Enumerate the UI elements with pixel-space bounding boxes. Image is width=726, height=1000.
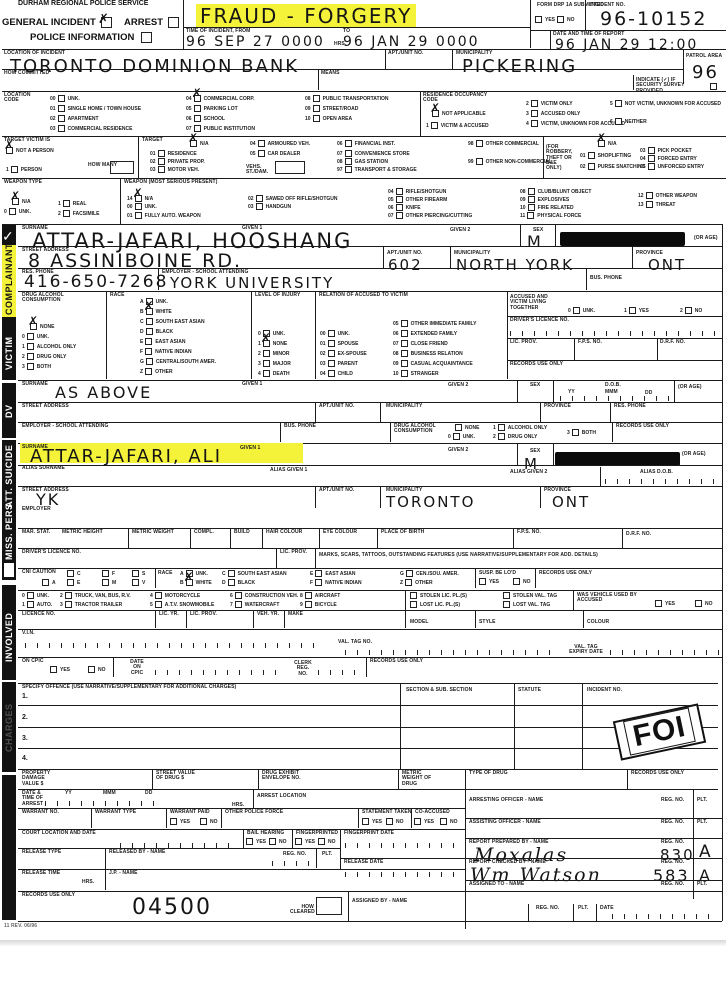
option-label: UNK. [338, 331, 350, 337]
weapon-option-01[interactable]: 01FULLY AUTO. WEAPON [127, 212, 201, 220]
weapon-type-option-1[interactable]: 1REAL [58, 200, 86, 208]
complainant-municipality: NORTH YORK [456, 256, 574, 274]
injury-option-3[interactable]: 3MAJOR [258, 360, 291, 368]
checkbox-icon[interactable] [135, 203, 142, 210]
option-label: SPOUSE [338, 341, 359, 347]
location-code-option-05[interactable]: 05PARKING LOT [186, 105, 238, 113]
checkbox-icon[interactable] [63, 210, 70, 217]
lost-lic-plate[interactable]: LOST LIC. PL.(S) [410, 601, 460, 609]
checkbox-icon[interactable] [615, 100, 622, 107]
relation-option-06[interactable]: 06EXTENDED FAMILY [393, 330, 457, 338]
victim-drug-alcohol[interactable]: 1ALCOHOL ONLY [493, 424, 547, 432]
option-code: 03 [320, 360, 326, 368]
race-option-z[interactable]: ZOTHER [140, 368, 173, 376]
vehicle-type-option-1[interactable]: 1AUTO. [22, 601, 52, 609]
checkbox-icon[interactable] [648, 147, 655, 154]
weapon-option-02[interactable]: 02SAWED OFF RIFLE/SHOTGUN [248, 195, 338, 203]
checkbox-icon[interactable] [401, 340, 408, 347]
checkbox-icon[interactable] [58, 105, 65, 112]
option-code: 03 [150, 166, 156, 174]
cni-caution-e[interactable]: E [67, 579, 80, 587]
checkbox-icon[interactable] [396, 196, 403, 203]
location-code-option-09[interactable]: 09STREET/ROAD [305, 105, 358, 113]
race-option-d[interactable]: DBLACK [140, 328, 173, 336]
susp-no[interactable]: NO [513, 578, 531, 586]
relation-option-00[interactable]: 00UNK. [320, 330, 350, 338]
desc-race-option-z[interactable]: ZOTHER [400, 579, 433, 587]
checkbox-icon[interactable] [155, 601, 162, 608]
checkbox-icon[interactable] [328, 360, 335, 367]
vehicle-type-option-3[interactable]: 3TRACTOR TRAILER [60, 601, 122, 609]
drug-alcohol-option-3[interactable]: 3BOTH [22, 363, 51, 371]
checkbox-icon[interactable] [615, 118, 622, 125]
checkbox-icon[interactable] [146, 308, 153, 315]
relation-option-09[interactable]: 09CASUAL ACQUAINTANCE [393, 360, 473, 368]
checkbox-icon[interactable] [315, 570, 322, 577]
relation-option-05[interactable]: 05OTHER IMMEDIATE FAMILY [393, 320, 476, 328]
checkbox-icon[interactable] [588, 152, 595, 159]
statement-yes[interactable]: YES [362, 818, 382, 826]
checkbox-icon[interactable] [401, 330, 408, 337]
target-option-01[interactable]: 01RESIDENCE [150, 150, 197, 158]
checkbox-icon[interactable] [9, 208, 16, 215]
vehicle-type-option-7[interactable]: 7WATERCRAFT [230, 601, 279, 609]
living-together-option-2[interactable]: 2NO [680, 307, 702, 315]
checkbox-icon[interactable] [135, 212, 142, 219]
checkbox-icon[interactable] [263, 370, 270, 377]
weapon-option-08[interactable]: 08CLUB/BLUNT OBJECT [520, 188, 591, 196]
checkbox-icon[interactable] [256, 203, 263, 210]
checkbox-icon[interactable] [401, 360, 408, 367]
target-option-06[interactable]: 06FINANCIAL INST. [337, 140, 395, 148]
option-label: PARKING LOT [204, 106, 238, 112]
arrest-checkbox[interactable] [168, 17, 179, 28]
option-label: SINGLE HOME / TOWN HOUSE [68, 106, 142, 112]
victim-drug-none[interactable]: NONE [455, 424, 479, 432]
option-code: 06 [337, 140, 343, 148]
option-label: EXTENDED FAMILY [411, 331, 458, 337]
relation-option-04[interactable]: 04CHILD [320, 370, 353, 378]
warrant-paid-no[interactable]: NO [200, 818, 218, 826]
checkbox-icon[interactable] [186, 579, 193, 586]
robbery-theft-option-03[interactable]: 03PICK POCKET [640, 147, 692, 155]
option-label: SCHOOL [204, 116, 225, 122]
fingerprinted-yes[interactable]: YES [295, 838, 315, 846]
checkbox-icon[interactable] [328, 340, 335, 347]
desc-race-option-f[interactable]: FNATIVE INDIAN [310, 579, 362, 587]
weapon-option-06[interactable]: 06KNIFE [388, 204, 421, 212]
residence-occupancy-option-6[interactable]: 6NEITHER [610, 118, 647, 126]
vehicle-type-option-6[interactable]: 6CONSTRUCTION VEH. [230, 592, 298, 600]
weapon-type-option-2[interactable]: 2FACSIMILE [58, 210, 99, 218]
stolen-lic-plate[interactable]: STOLEN LIC. PL.(S) [410, 592, 467, 600]
checkbox-icon[interactable] [146, 328, 153, 335]
on-cpic-yes[interactable]: YES [50, 666, 70, 674]
option-label: KNIFE [406, 205, 421, 211]
was-vehicle-no[interactable]: NO [695, 600, 713, 608]
checkbox-icon[interactable] [58, 115, 65, 122]
weapon-type-option-0[interactable]: 0UNK. [4, 208, 31, 216]
susp-yes[interactable]: YES [479, 578, 499, 586]
checkbox-icon[interactable] [27, 592, 34, 599]
target-option-03[interactable]: 03MOTOR VEH. [150, 166, 199, 174]
charge-row-2[interactable]: 2. [22, 714, 28, 722]
target-option-08[interactable]: 08GAS STATION [337, 158, 388, 166]
checkbox-icon[interactable] [685, 307, 692, 314]
option-label: PARENT [338, 361, 358, 367]
checkbox-icon[interactable] [63, 200, 70, 207]
checkbox-icon[interactable] [145, 368, 152, 375]
checkbox-icon[interactable] [235, 592, 242, 599]
checkbox-icon[interactable] [256, 195, 263, 202]
lost-val-tag[interactable]: LOST VAL. TAG [503, 601, 550, 609]
reg-no-1-label: REG. NO. [661, 798, 684, 803]
injury-option-2[interactable]: 2MINOR [258, 350, 289, 358]
desc-race-option-e[interactable]: EEAST ASIAN [310, 570, 355, 578]
checkbox-icon[interactable] [158, 158, 165, 165]
checkbox-icon[interactable] [401, 370, 408, 377]
vehicle-type-option-5[interactable]: 5A.T.V. SNOWMOBILE [150, 601, 214, 609]
residence-occupancy-option-na[interactable]: NOT APPLICABLE [432, 110, 486, 118]
fingerprinted-no[interactable]: NO [318, 838, 336, 846]
checkbox-icon[interactable] [313, 105, 320, 112]
robbery-theft-option-04[interactable]: 04FORCED ENTRY [640, 155, 697, 163]
race-option-e[interactable]: EEAST ASIAN [140, 338, 185, 346]
checkbox-icon[interactable] [629, 307, 636, 314]
weapon-option-07[interactable]: 07OTHER PIERCING/CUTTING [388, 212, 472, 220]
checkbox-icon[interactable] [67, 579, 74, 586]
jp-name-label: J.P. - NAME [109, 871, 138, 876]
checkbox-icon[interactable] [258, 150, 265, 157]
cni-caution-c[interactable]: C [67, 570, 81, 578]
checkbox-icon[interactable] [531, 100, 538, 107]
person-option[interactable]: 1PERSON [6, 166, 42, 174]
location-code-option-04[interactable]: 04COMMERCIAL CORP. [186, 95, 255, 103]
checkbox-icon[interactable] [155, 592, 162, 599]
drug-alcohol-option-0[interactable]: 0UNK. [22, 333, 49, 341]
checkbox-icon[interactable] [135, 195, 142, 202]
checkbox-icon[interactable] [531, 110, 538, 117]
desc-race-option-b[interactable]: BWHITE [180, 579, 212, 587]
checkbox-icon[interactable] [228, 579, 235, 586]
checkbox-icon[interactable] [12, 198, 19, 205]
checkbox-icon[interactable] [263, 340, 270, 347]
checkbox-icon[interactable] [401, 350, 408, 357]
checkbox-icon[interactable] [132, 579, 139, 586]
checkbox-icon[interactable] [27, 353, 34, 360]
location-code-option-10[interactable]: 10OPEN AREA [305, 115, 352, 123]
checkbox-icon[interactable] [305, 592, 312, 599]
statement-no[interactable]: NO [386, 818, 404, 826]
complainant-province: ONT [648, 256, 686, 274]
weapon-option-04[interactable]: 04RIFLE/SHOTGUN [388, 188, 446, 196]
living-together-option-0[interactable]: 0UNK. [568, 307, 595, 315]
weapon-type-option-na[interactable]: N/A [12, 198, 31, 206]
checkbox-icon[interactable] [67, 570, 74, 577]
checkbox-icon[interactable] [527, 212, 534, 219]
vehicle-type-option-2[interactable]: 2TRUCK, VAN, BUS, R.V. [60, 592, 131, 600]
checkbox-icon[interactable] [194, 115, 201, 122]
target-option-05[interactable]: 05CAR DEALER [250, 150, 300, 158]
checkbox-icon[interactable] [65, 592, 72, 599]
weapon-option-12[interactable]: 12OTHER WEAPON [638, 192, 697, 200]
checkbox-icon[interactable] [102, 570, 109, 577]
relation-option-08[interactable]: 08BUSINESS RELATION [393, 350, 463, 358]
weapon-option-11[interactable]: 11PHYSICAL FORCE [520, 212, 581, 220]
vehicle-type-option-4[interactable]: 4MOTORCYCLE [150, 592, 200, 600]
not-a-person-option[interactable]: NOT A PERSON [6, 147, 54, 155]
checkbox-icon[interactable] [345, 166, 352, 173]
cni-caution-f[interactable]: F [102, 570, 115, 578]
option-code: 03 [640, 147, 646, 155]
desc-race-option-d[interactable]: DBLACK [222, 579, 255, 587]
form-drp-no[interactable]: NO [557, 16, 575, 24]
checkbox-icon[interactable] [646, 192, 653, 199]
warrant-paid-yes[interactable]: YES [170, 818, 190, 826]
option-code: 10 [520, 204, 526, 212]
option-label: SOUTH EAST ASIAN [156, 319, 205, 325]
checkbox-icon[interactable] [396, 204, 403, 211]
checkbox-icon[interactable] [528, 196, 535, 203]
checkbox-icon[interactable] [573, 307, 580, 314]
weapon-option-13[interactable]: 13THREAT [638, 201, 675, 209]
how-cleared-input[interactable] [316, 897, 342, 915]
on-cpic-no[interactable]: NO [88, 666, 106, 674]
checkbox-icon[interactable] [313, 115, 320, 122]
checkbox-icon[interactable] [396, 188, 403, 195]
checkbox-icon[interactable] [476, 158, 483, 165]
residence-occupancy-option-5[interactable]: 5NOT VICTIM, UNKNOWN FOR ACCUSED [610, 100, 721, 108]
charge-row-3[interactable]: 3. [22, 735, 28, 743]
checkbox-icon[interactable] [235, 601, 242, 608]
checkbox-icon[interactable] [145, 348, 152, 355]
option-label: CLUB/BLUNT OBJECT [538, 189, 592, 195]
cni-caution-s[interactable]: S [132, 570, 145, 578]
weapon-option-10[interactable]: 10FIRE RELATED [520, 204, 574, 212]
target-option-99[interactable]: 99OTHER NON-COMMERCIAL [468, 158, 552, 166]
co-accused-no[interactable]: NO [440, 818, 458, 826]
checkbox-icon[interactable] [145, 338, 152, 345]
relation-option-02[interactable]: 02EX-SPOUSE [320, 350, 367, 358]
charge-row-4[interactable]: 4. [22, 755, 28, 763]
vehicle-type-option-0[interactable]: 0UNK. [22, 592, 49, 600]
co-accused-label: CO-ACCUSED [415, 810, 450, 815]
weapon-option-05[interactable]: 05OTHER FIREARM [388, 196, 447, 204]
option-code: 05 [640, 163, 646, 171]
alias-dob-label: ALIAS D.O.B. [640, 470, 673, 475]
option-label: YES [639, 308, 649, 314]
cni-caution-m[interactable]: M [102, 579, 116, 587]
checkbox-icon[interactable] [432, 110, 439, 117]
location-code-option-03[interactable]: 03COMMERCIAL RESIDENCE [50, 125, 132, 133]
residence-occupancy-option-3[interactable]: 3ACCUSED ONLY [526, 110, 580, 118]
cni-caution-label: CNI CAUTION [22, 570, 56, 575]
hair-colour-label: HAIR COLOUR [266, 530, 302, 535]
checkbox-icon[interactable] [27, 601, 34, 608]
assigned-by-label: ASSIGNED BY - NAME [352, 899, 407, 904]
target-option-02[interactable]: 02PRIVATE PROP. [150, 158, 205, 166]
checkbox-icon[interactable] [27, 333, 34, 340]
checkbox-icon[interactable] [158, 166, 165, 173]
checkbox-icon[interactable] [328, 350, 335, 357]
weapon-option-00[interactable]: 00UNK. [127, 203, 157, 211]
victim-drug-drug[interactable]: 2DRUG ONLY [493, 433, 537, 441]
checkbox-icon[interactable] [263, 350, 270, 357]
vehs-input[interactable] [275, 161, 305, 174]
checkbox-icon[interactable] [528, 204, 535, 211]
checkbox-icon[interactable] [531, 120, 538, 127]
option-label: BLACK [156, 329, 174, 335]
location-code-option-08[interactable]: 08PUBLIC TRANSPORTATION [305, 95, 389, 103]
option-code: 1 [426, 122, 429, 130]
checkbox-icon[interactable] [194, 105, 201, 112]
checkbox-icon[interactable] [315, 579, 322, 586]
target-option-na[interactable]: N/A [190, 140, 209, 148]
target-option-07[interactable]: 07CONVENIENCE STORE [337, 150, 410, 158]
checkbox-icon[interactable] [190, 140, 197, 147]
injury-option-1[interactable]: 1NONE [258, 340, 287, 348]
weapon-option-03[interactable]: 03HANDGUN [248, 203, 291, 211]
checkbox-icon[interactable] [528, 188, 535, 195]
target-option-98[interactable]: 98OTHER COMMERCIAL [468, 140, 539, 148]
option-label: BUSINESS RELATION [411, 351, 463, 357]
police-information-checkbox[interactable] [141, 32, 152, 43]
checkbox-icon[interactable] [396, 212, 403, 219]
fps-no-label: F.P.S. NO. [517, 530, 541, 535]
how-many-input[interactable] [110, 161, 134, 174]
option-label: CLOSE FRIEND [411, 341, 448, 347]
was-vehicle-yes[interactable]: YES [655, 600, 675, 608]
desc-race-option-g[interactable]: GCEN./SOU. AMER. [400, 570, 459, 578]
form-drp-yes[interactable]: YES [535, 16, 555, 24]
vehicle-type-option-8[interactable]: 8AIRCRAFT [300, 592, 340, 600]
relation-option-10[interactable]: 10STRANGER [393, 370, 439, 378]
relation-option-01[interactable]: 01SPOUSE [320, 340, 358, 348]
bail-no[interactable]: NO [269, 838, 287, 846]
robbery-theft-option-02[interactable]: 02PURSE SNATCHING [580, 163, 646, 171]
security-survey-checkbox[interactable] [710, 83, 717, 90]
checkbox-icon[interactable] [646, 201, 653, 208]
injury-option-4[interactable]: 4DEATH [258, 370, 290, 378]
checkbox-icon[interactable] [476, 140, 483, 147]
option-code: 07 [393, 340, 399, 348]
marks-label: MARKS, SCARS, TATTOOS, OUTSTANDING FEATU… [319, 553, 598, 558]
checkbox-icon[interactable] [27, 363, 34, 370]
race-option-c[interactable]: CSOUTH EAST ASIAN [140, 318, 205, 326]
checkbox-icon[interactable] [30, 323, 37, 330]
warrant-no-label: WARRANT NO. [22, 810, 59, 815]
robbery-theft-option-05[interactable]: 05UNFORCED ENTRY [640, 163, 704, 171]
drug-alcohol-option-2[interactable]: 2DRUG ONLY [22, 353, 66, 361]
checkbox-icon[interactable] [328, 330, 335, 337]
victim-drug-both[interactable]: 3BOTH [567, 429, 596, 437]
option-label: CONSTRUCTION VEH. [245, 593, 298, 599]
checkbox-icon[interactable] [146, 358, 153, 365]
cni-caution-a[interactable]: A [42, 579, 56, 587]
warrant-paid-label: WARRANT PAID [170, 810, 210, 815]
drug-alcohol-option-1[interactable]: 1ALCOHOL ONLY [22, 343, 76, 351]
checkbox-icon[interactable] [42, 579, 49, 586]
checkbox-icon[interactable] [58, 95, 65, 102]
mar-stat-label: MAR. STAT. [22, 530, 50, 535]
option-code: 2 [60, 592, 63, 600]
cni-caution-v[interactable]: V [132, 579, 145, 587]
checkbox-icon[interactable] [313, 95, 320, 102]
vehicle-records-label: RECORDS USE ONLY [370, 659, 423, 664]
checkbox-icon[interactable] [598, 140, 605, 147]
desc-race-option-c[interactable]: CSOUTH EAST ASIAN [222, 570, 287, 578]
checkbox-icon[interactable] [345, 158, 352, 165]
victim-drug-unk[interactable]: 0UNK. [448, 433, 475, 441]
weapon-type-label: WEAPON TYPE [4, 180, 42, 185]
checkbox-icon[interactable] [146, 318, 153, 325]
stolen-val-tag[interactable]: STOLEN VAL. TAG [503, 592, 557, 600]
residence-occupancy-option-1[interactable]: 1VICTIM & ACCUSED [426, 122, 489, 130]
checkbox-icon[interactable] [405, 579, 412, 586]
checkbox-icon[interactable] [345, 150, 352, 157]
target-option-97[interactable]: 97TRANSPORT & STORAGE [337, 166, 417, 174]
checkbox-icon[interactable] [132, 570, 139, 577]
checkbox-icon[interactable] [406, 570, 413, 577]
checkbox-icon[interactable] [228, 570, 235, 577]
residence-occupancy-option-2[interactable]: 2VICTIM ONLY [526, 100, 573, 108]
bail-yes[interactable]: YES [246, 838, 266, 846]
checkbox-icon[interactable] [58, 125, 65, 132]
checkbox-icon[interactable] [263, 360, 270, 367]
checkbox-icon[interactable] [102, 579, 109, 586]
general-incident-checkbox[interactable] [101, 17, 112, 28]
weapon-option-14[interactable]: 14N/A [127, 195, 153, 203]
location-code-option-02[interactable]: 02APARTMENT [50, 115, 99, 123]
checkbox-icon[interactable] [401, 320, 408, 327]
relation-option-07[interactable]: 07CLOSE FRIEND [393, 340, 448, 348]
drug-alcohol-option-na[interactable]: NONE [30, 323, 54, 331]
robbery-theft-option-na[interactable]: N/A [598, 140, 617, 148]
checkbox-icon[interactable] [588, 163, 595, 170]
checkbox-icon[interactable] [648, 163, 655, 170]
race-option-g[interactable]: GCENTRAL/SOUTH AMER. [140, 358, 216, 366]
option-code: 3 [22, 363, 25, 371]
checkbox-icon[interactable] [328, 370, 335, 377]
vehicle-type-option-9[interactable]: 9BICYCLE [300, 601, 337, 609]
checkbox-icon[interactable] [194, 95, 201, 102]
option-label: CAR DEALER [268, 151, 301, 157]
race-option-f[interactable]: FNATIVE INDIAN [140, 348, 192, 356]
checkbox-icon[interactable] [258, 140, 265, 147]
checkbox-icon[interactable] [27, 343, 34, 350]
relation-option-03[interactable]: 03PARENT [320, 360, 358, 368]
checkbox-icon[interactable] [158, 150, 165, 157]
location-code-option-06[interactable]: 06SCHOOL [186, 115, 225, 123]
target-option-04[interactable]: 04ARMOURED VEH. [250, 140, 310, 148]
accused-given1-label: GIVEN 1 [240, 446, 260, 451]
checkbox-icon[interactable] [345, 140, 352, 147]
checkbox-icon[interactable] [65, 601, 72, 608]
race-option-b[interactable]: BWHITE [140, 308, 172, 316]
robbery-theft-option-01[interactable]: 01SHOPLIFTING [580, 152, 631, 160]
location-code-option-00[interactable]: 00UNK. [50, 95, 80, 103]
checkbox-icon[interactable] [305, 601, 312, 608]
charge-row-1[interactable]: 1. [22, 693, 28, 701]
drug-exhibit-label: DRUG EXHIBIT ENVELOPE NO. [262, 771, 312, 782]
option-code: 1 [22, 343, 25, 351]
checkbox-icon[interactable] [648, 155, 655, 162]
co-accused-yes[interactable]: YES [414, 818, 434, 826]
weapon-option-09[interactable]: 09EXPLOSIVES [520, 196, 569, 204]
location-code-option-01[interactable]: 01SINGLE HOME / TOWN HOUSE [50, 105, 141, 113]
living-together-option-1[interactable]: 1YES [624, 307, 649, 315]
checkbox-icon[interactable] [431, 122, 438, 129]
